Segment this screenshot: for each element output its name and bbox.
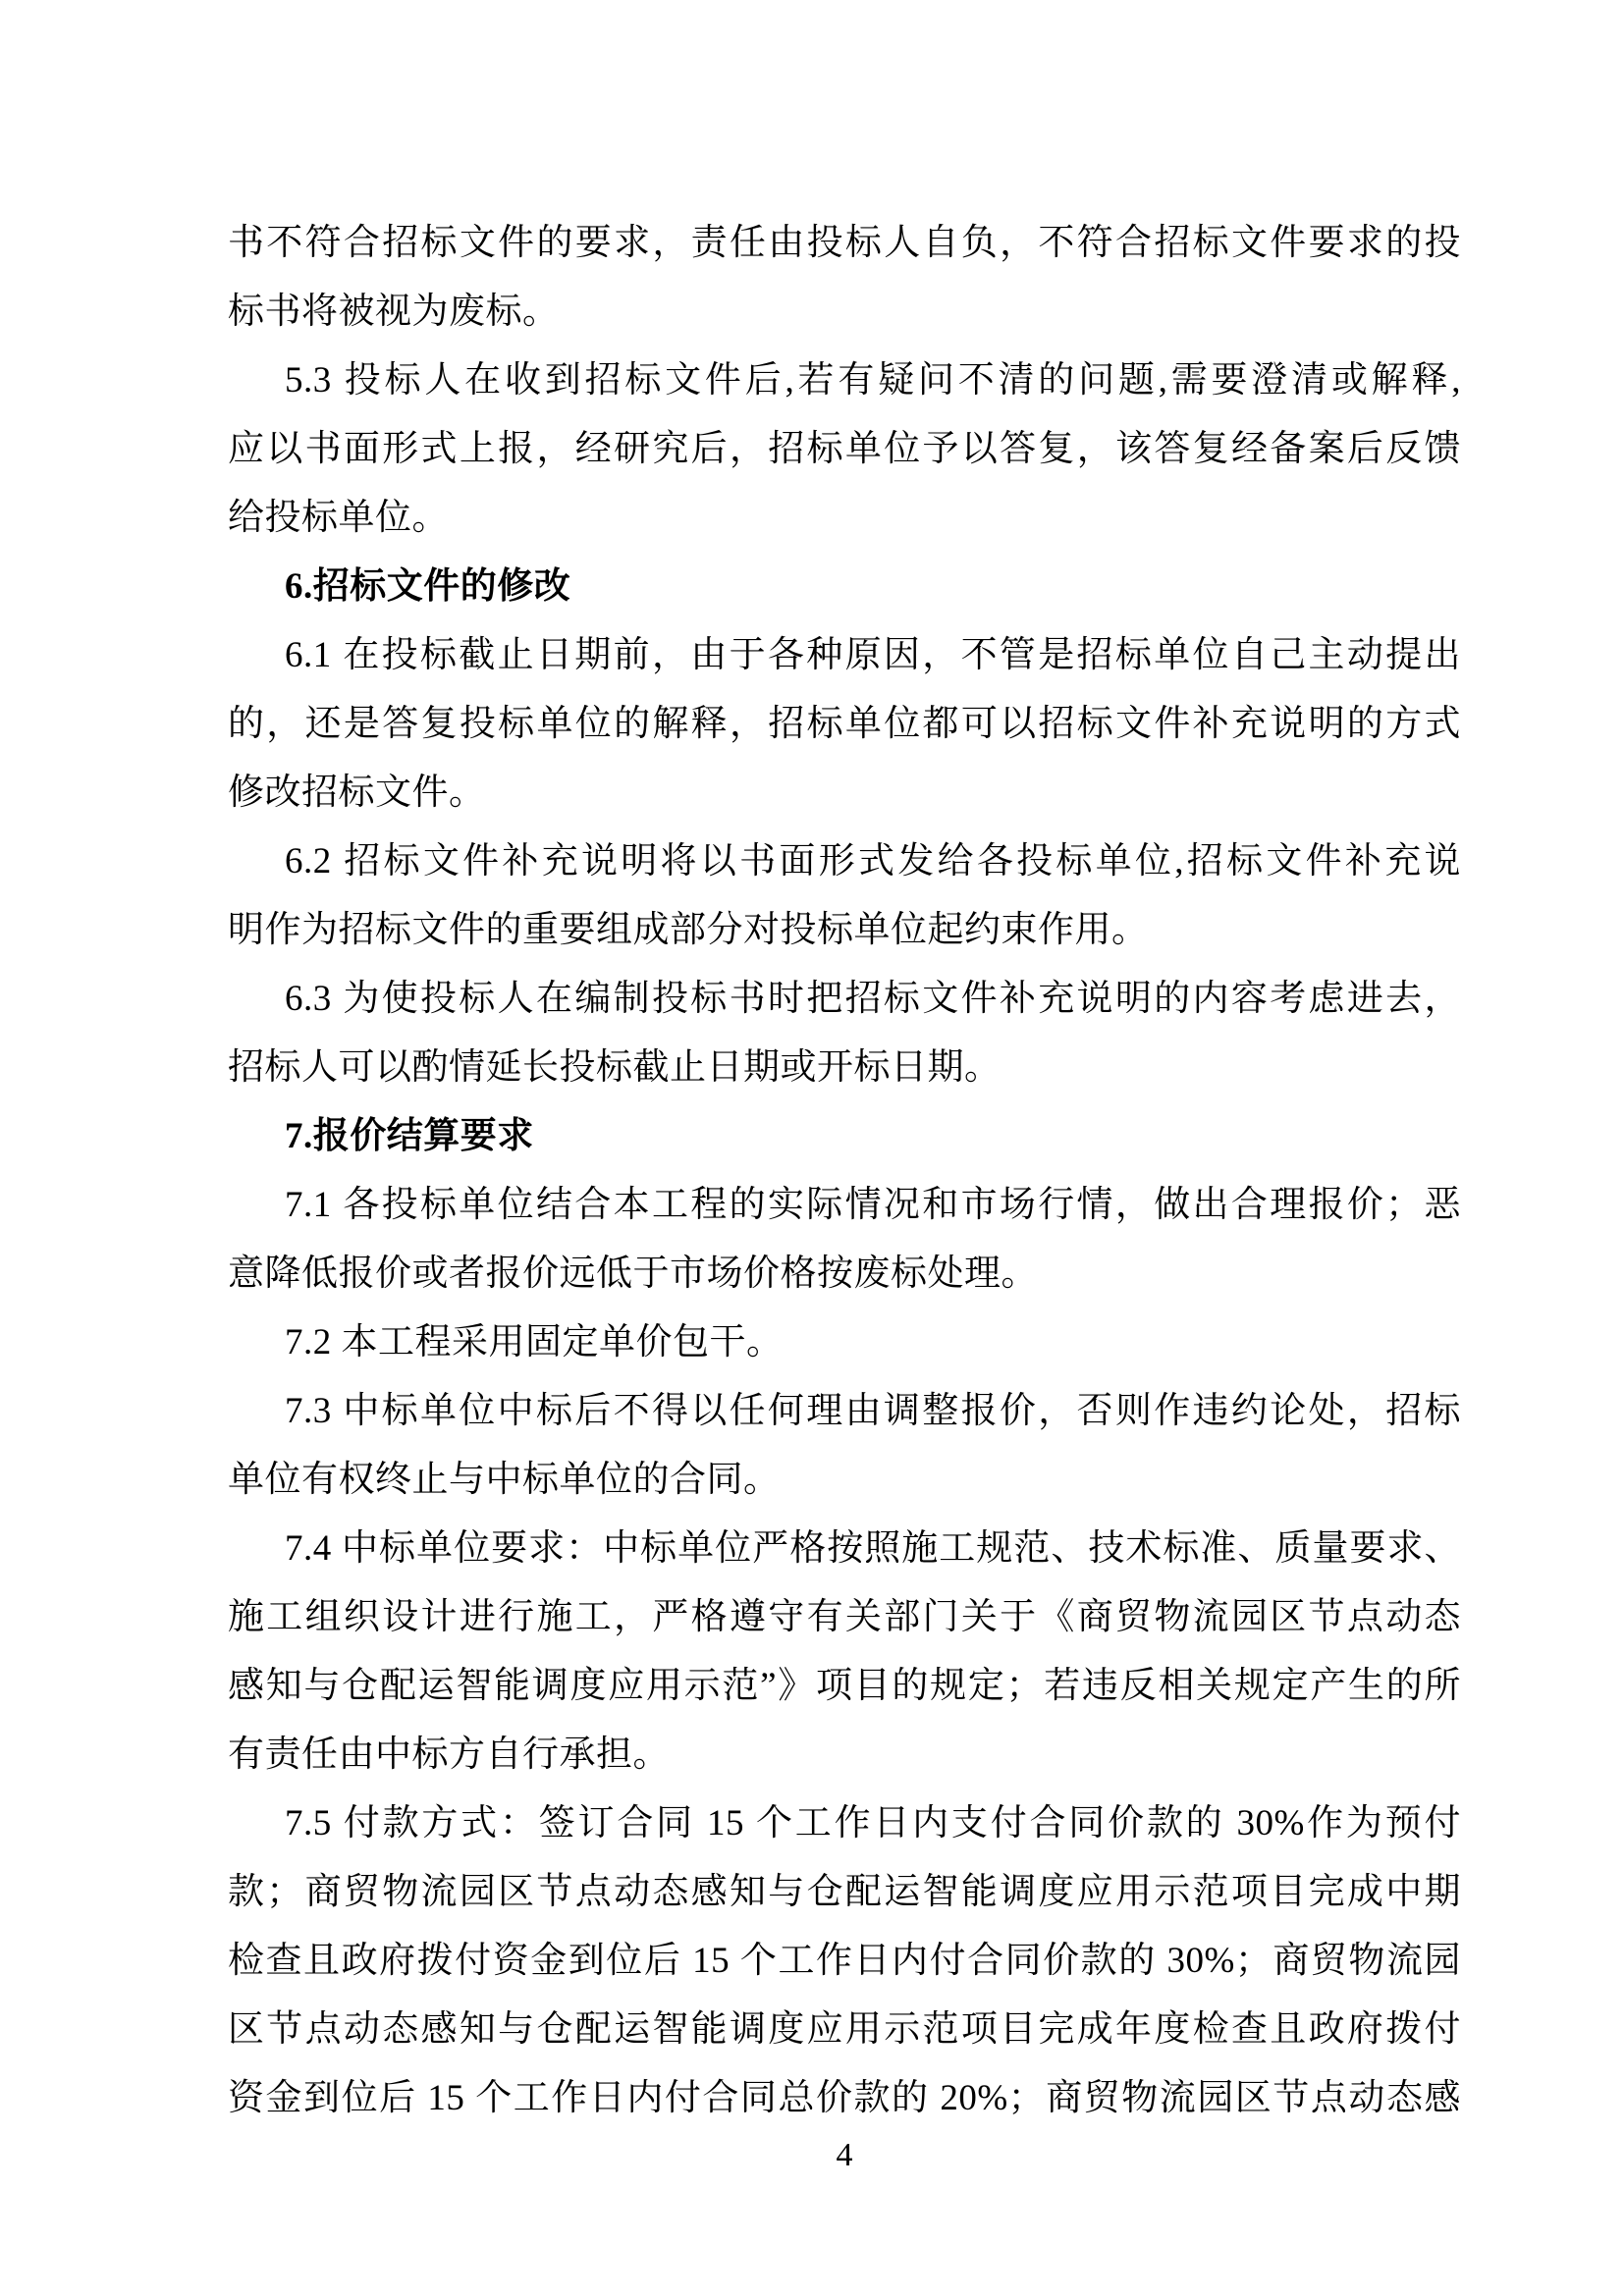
text-line: 单位有权终止与中标单位的合同。 <box>228 1446 1461 1515</box>
text-line: 5.3 投标人在收到招标文件后,若有疑问不清的问题,需要澄清或解释, <box>228 347 1461 415</box>
text-line: 6.1 在投标截止日期前，由于各种原因，不管是招标单位自己主动提出 <box>228 621 1461 690</box>
text-line: 的，还是答复投标单位的解释，招标单位都可以招标文件补充说明的方式 <box>228 690 1461 759</box>
document-page: 书不符合招标文件的要求，责任由投标人自负，不符合招标文件要求的投 标书将被视为废… <box>0 0 1624 2296</box>
text-line: 7.1 各投标单位结合本工程的实际情况和市场行情，做出合理报价；恶 <box>228 1171 1461 1240</box>
text-line: 7.4 中标单位要求：中标单位严格按照施工规范、技术标准、质量要求、 <box>228 1515 1461 1583</box>
text-line: 7.5 付款方式：签订合同 15 个工作日内支付合同价款的 30%作为预付 <box>228 1789 1461 1858</box>
document-body: 书不符合招标文件的要求，责任由投标人自负，不符合招标文件要求的投 标书将被视为废… <box>228 209 1461 2133</box>
text-line: 书不符合招标文件的要求，责任由投标人自负，不符合招标文件要求的投 <box>228 209 1461 278</box>
section-heading-7: 7.报价结算要求 <box>228 1102 1461 1171</box>
text-line: 有责任由中标方自行承担。 <box>228 1721 1461 1789</box>
text-line: 施工组织设计进行施工，严格遵守有关部门关于《商贸物流园区节点动态 <box>228 1583 1461 1652</box>
text-line: 7.3 中标单位中标后不得以任何理由调整报价，否则作违约论处，招标 <box>228 1377 1461 1446</box>
text-line: 检查且政府拨付资金到位后 15 个工作日内付合同价款的 30%；商贸物流园 <box>228 1927 1461 1996</box>
text-line: 意降低报价或者报价远低于市场价格按废标处理。 <box>228 1240 1461 1308</box>
text-line: 修改招标文件。 <box>228 759 1461 828</box>
section-heading-6: 6.招标文件的修改 <box>228 553 1461 621</box>
text-line: 招标人可以酌情延长投标截止日期或开标日期。 <box>228 1034 1461 1102</box>
page-number: 4 <box>228 2128 1461 2183</box>
text-line: 6.3 为使投标人在编制投标书时把招标文件补充说明的内容考虑进去， <box>228 965 1461 1034</box>
text-line: 明作为招标文件的重要组成部分对投标单位起约束作用。 <box>228 896 1461 965</box>
text-line: 6.2 招标文件补充说明将以书面形式发给各投标单位,招标文件补充说 <box>228 828 1461 896</box>
text-line: 标书将被视为废标。 <box>228 278 1461 347</box>
text-line: 感知与仓配运智能调度应用示范”》项目的规定；若违反相关规定产生的所 <box>228 1652 1461 1721</box>
text-line: 应以书面形式上报，经研究后，招标单位予以答复，该答复经备案后反馈 <box>228 415 1461 484</box>
text-line: 7.2 本工程采用固定单价包干。 <box>228 1308 1461 1377</box>
text-line: 款；商贸物流园区节点动态感知与仓配运智能调度应用示范项目完成中期 <box>228 1858 1461 1927</box>
text-line: 区节点动态感知与仓配运智能调度应用示范项目完成年度检查且政府拨付 <box>228 1996 1461 2064</box>
text-line: 资金到位后 15 个工作日内付合同总价款的 20%；商贸物流园区节点动态感 <box>228 2064 1461 2133</box>
text-line: 给投标单位。 <box>228 484 1461 553</box>
